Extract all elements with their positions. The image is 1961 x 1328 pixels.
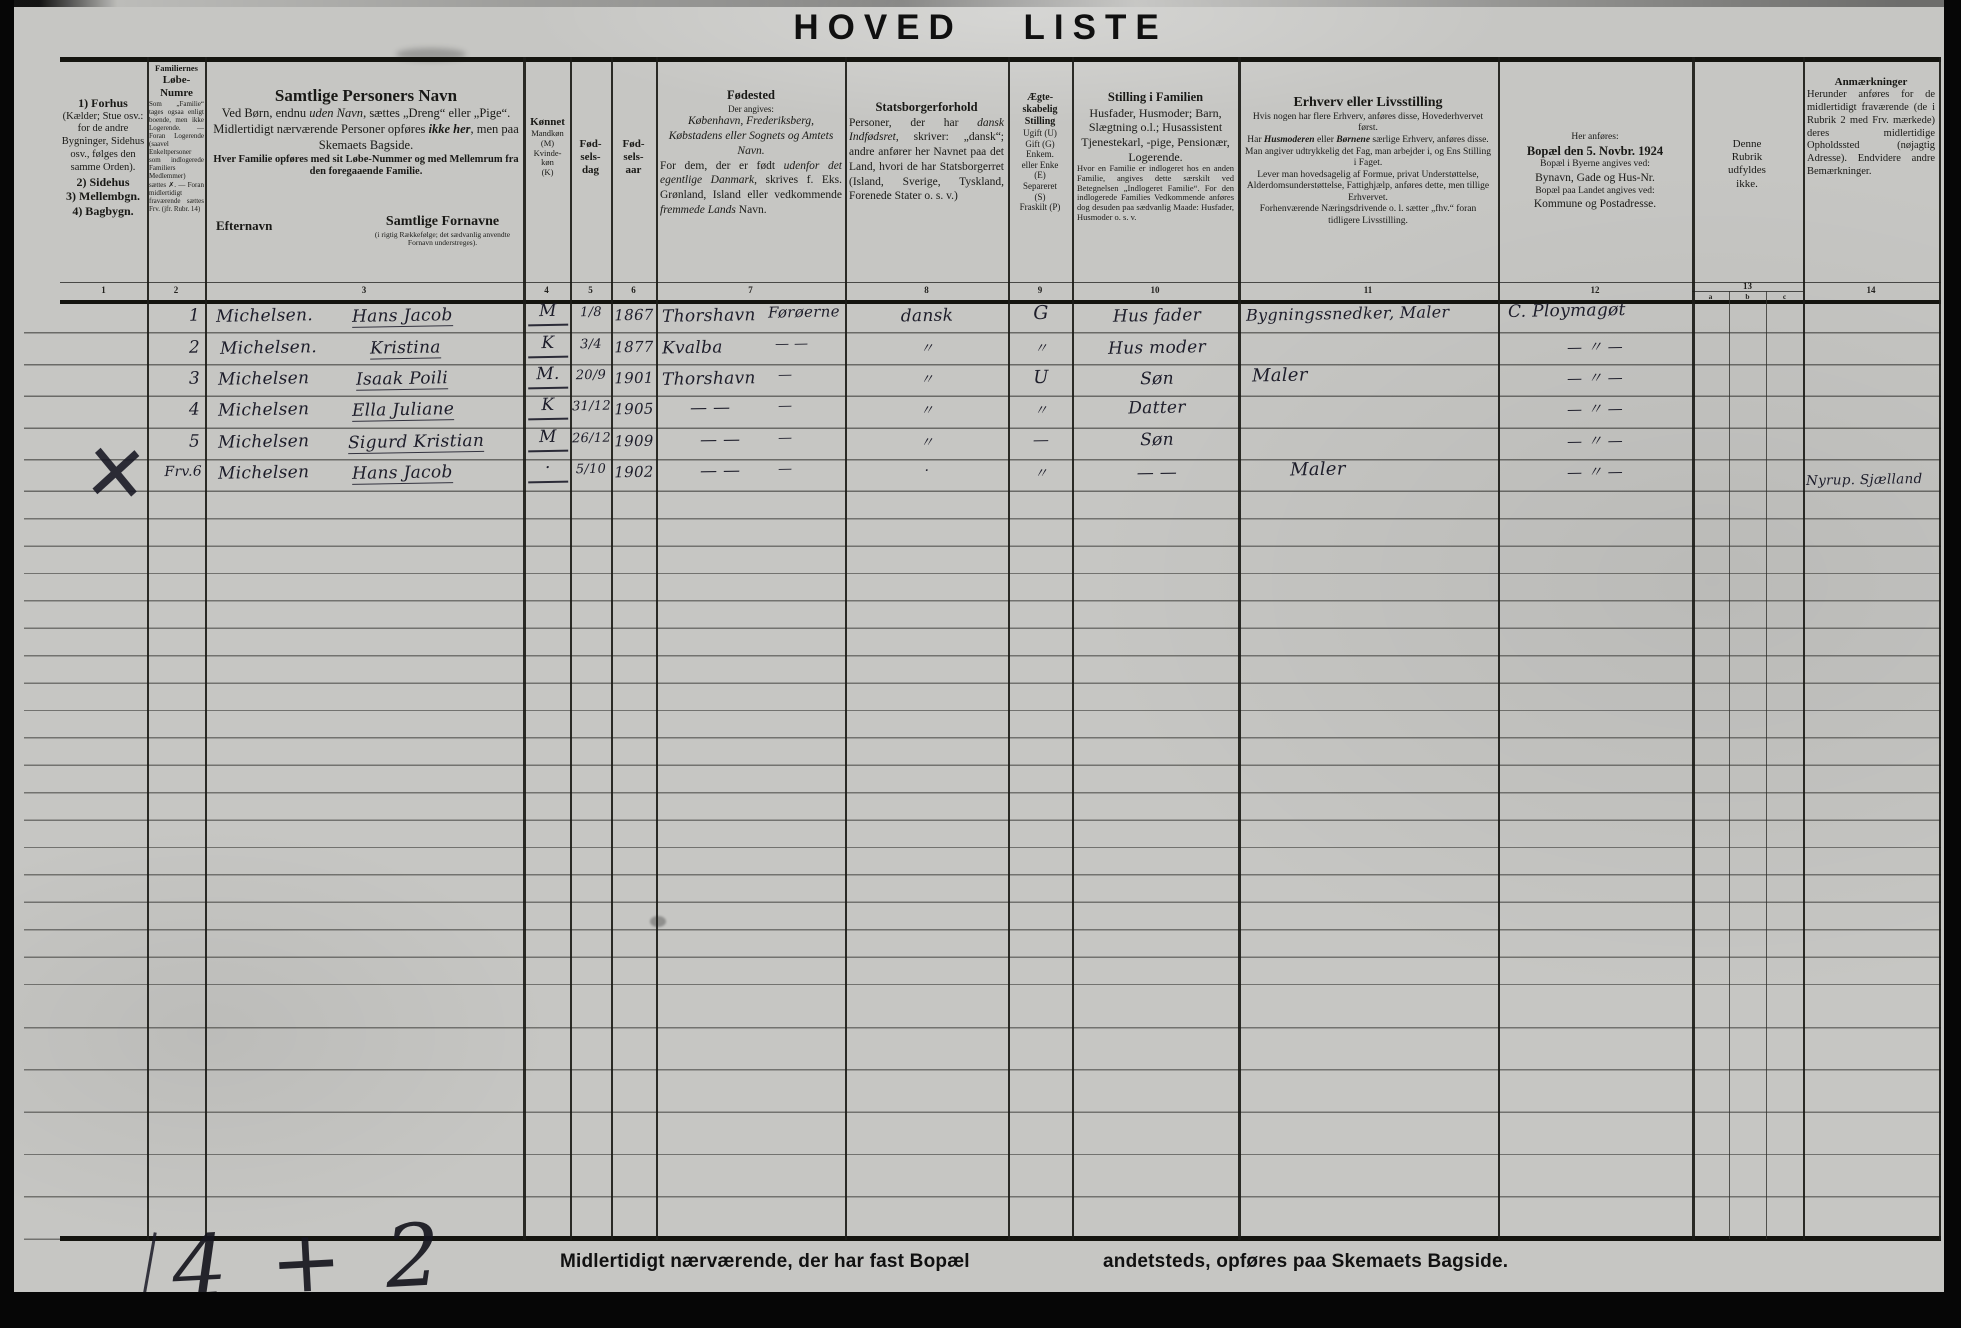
header-note: Husmoderen [1264, 135, 1315, 145]
header-note: Herunder anføres for de midlertidigt fra… [1807, 89, 1935, 179]
cell-koen: K [528, 395, 568, 421]
cell-fornavn: Isaak Poili [356, 368, 448, 391]
cell-foedested: Thorshavn [662, 305, 756, 327]
subheader-efternavn: Efternavn [216, 218, 336, 234]
cell-foedested-amt: — [778, 461, 793, 477]
header-note: Bynavn, Gade og Hus-Nr. [1503, 171, 1687, 186]
cell-stilling: Søn [1076, 429, 1238, 452]
cell-fornavn: Hans Jacob [352, 305, 453, 328]
cell-koen: M [528, 427, 568, 453]
cell-foedselsaar: 1902 [612, 463, 656, 482]
column-number: 3 [205, 285, 523, 295]
header-note: Midlertidigt nærværende Personer opføres [213, 122, 428, 136]
column-number: 5 [570, 285, 611, 295]
header-note: særlige Erhverv, anføres disse. [1370, 135, 1489, 145]
cell-aegteskabelig: G [1010, 301, 1072, 324]
header-note: fremmede Lands [660, 204, 736, 216]
cell-bopael: — 〃 — [1520, 366, 1670, 390]
table-header-rule [60, 300, 1941, 304]
header-label: Fød- [570, 138, 611, 151]
header-note: Enkem. [1011, 149, 1069, 160]
header-note: Hver Familie opføres med sit Løbe-Nummer… [212, 154, 520, 180]
table-vline [611, 57, 613, 1240]
header-note: eller Enke [1011, 160, 1069, 171]
table-vline [1498, 57, 1500, 1240]
cell-statsborger: 〃 [848, 337, 1006, 360]
table-vline [147, 57, 149, 1240]
table-vline [570, 57, 572, 1240]
header-note: Hvor en Familie er indlogeret hos en and… [1077, 164, 1234, 222]
table-vline [1008, 57, 1010, 1240]
scan-edge-bottom [0, 1292, 1961, 1328]
scan-edge-left [0, 0, 14, 1328]
header-note: Separeret [1011, 181, 1069, 192]
cell-koen: · [528, 458, 568, 484]
number-strip-rule [60, 282, 1941, 283]
header-label: Fødested [660, 88, 842, 104]
page-title: HOVED LISTE [0, 8, 1961, 48]
cell-statsborger: dansk [848, 305, 1006, 328]
table-rule-band [24, 986, 1941, 1240]
cell-statsborger: 〃 [848, 399, 1006, 422]
column-number: 14 [1803, 285, 1939, 295]
column-number: 6 [611, 285, 656, 295]
header-note: Husfader, Husmoder; Barn, Slægtning o.l.… [1077, 106, 1234, 165]
header-note: Navn. [736, 204, 767, 216]
cell-foedselsdag: 5/10 [572, 462, 610, 478]
column-number: 9 [1008, 285, 1072, 295]
col-header-anmaerkninger: Anmærkninger Herunder anføres for de mid… [1807, 76, 1935, 179]
cell-statsborger: 〃 [848, 368, 1006, 391]
cell-stilling: — — [1076, 462, 1238, 485]
header-note: (S) [1011, 192, 1069, 203]
header-label: Familiernes [149, 64, 204, 74]
header-label: Stilling i Familien [1077, 90, 1234, 106]
header-note: eller [1315, 135, 1337, 145]
header-label: Stilling [1011, 116, 1069, 128]
header-note: Som „Familie“ tages ogsaa enligt boende,… [149, 100, 204, 213]
table-vline [1939, 57, 1941, 1240]
header-note: Bopæl paa Landet angives ved: [1503, 186, 1687, 198]
header-note: Man angiver udtrykkelig det Fag, man arb… [1243, 147, 1493, 170]
cell-foedselsaar: 1867 [612, 306, 656, 325]
table-vline [1238, 57, 1241, 1240]
header-note: Personer, der har [849, 117, 977, 129]
col-header-rubrik-udfyldes-ikke: Denne Rubrik udfyldes ikke. [1697, 138, 1797, 191]
cell-aegteskabelig: 〃 [1010, 462, 1072, 483]
cell-bopael: — 〃 — [1520, 460, 1670, 484]
header-label: 2) Sidehus [60, 175, 146, 190]
table-vline [1692, 57, 1695, 1240]
column-subletter: c [1766, 292, 1803, 301]
cell-foedselsaar: 1901 [612, 369, 656, 388]
cell-efternavn: Michelsen [218, 399, 310, 421]
header-note: Lever man hovedsagelig af Formue, privat… [1243, 170, 1493, 205]
footer-note-right: andetsteds, opføres paa Skemaets Bagside… [1103, 1251, 1508, 1273]
header-label: dag [570, 164, 611, 177]
header-label: sels- [611, 151, 656, 164]
header-label: aar [611, 164, 656, 177]
header-label: skabelig [1011, 104, 1069, 116]
cell-erhverv: Bygningssnedker, Maler [1246, 302, 1450, 325]
cell-foedselsaar: 1877 [612, 338, 656, 357]
table-vline [845, 57, 847, 1240]
cell-lobenummer: Frv.6 [146, 464, 202, 481]
header-note: ikke. [1697, 178, 1797, 191]
cell-foedested-amt: Førøerne [768, 302, 840, 321]
column-number: 1 [60, 285, 147, 295]
header-note: Gift (G) [1011, 139, 1069, 150]
header-note: Rubrik [1697, 151, 1797, 164]
cell-erhverv: Maler [1252, 365, 1308, 387]
column-number: 13 [1692, 281, 1803, 291]
cell-stilling: Datter [1076, 397, 1238, 420]
header-label: Løbe-Numre [149, 74, 204, 100]
cell-anmaerkning: Nyrup. Sjælland [1806, 471, 1923, 489]
cell-statsborger: · [848, 462, 1006, 481]
header-label: Anmærkninger [1807, 76, 1935, 89]
header-label: Samtlige Personers Navn [212, 86, 520, 106]
cell-efternavn: Michelsen [218, 431, 310, 453]
header-label: Ægte- [1011, 92, 1069, 104]
cell-foedselsdag: 20/9 [572, 368, 610, 384]
header-label: Bopæl den 5. Novbr. 1924 [1503, 144, 1687, 160]
col-header-koennet: Kønnet Mandkøn (M) Kvinde- køn (K) [525, 116, 570, 178]
cell-foedested-amt: — [778, 398, 793, 414]
cell-statsborger: 〃 [848, 431, 1006, 454]
cell-lobenummer: 4 [150, 400, 200, 421]
cell-bopael: C. Ploymagøt [1508, 300, 1626, 322]
cell-foedselsaar: 1905 [612, 400, 656, 419]
header-note: Denne [1697, 138, 1797, 151]
header-note: For dem, der er født [660, 160, 784, 172]
cell-foedselsdag: 3/4 [572, 337, 610, 353]
header-note: Kommune og Postadresse. [1503, 197, 1687, 212]
cell-stilling: Hus fader [1076, 305, 1238, 328]
cell-foedselsdag: 26/12 [572, 431, 610, 447]
table-vline [523, 57, 526, 1240]
header-note: Hvis nogen har flere Erhverv, anføres di… [1243, 112, 1493, 135]
header-label: Samtlige Fornavne [365, 214, 520, 231]
col-header-lobenumre: Familiernes Løbe-Numre Som „Familie“ tag… [149, 64, 204, 213]
cell-foedselsaar: 1909 [612, 432, 656, 451]
cell-stilling: Hus moder [1076, 337, 1238, 360]
cell-bopael: — 〃 — [1520, 429, 1670, 453]
column-number: 12 [1498, 285, 1692, 295]
header-label: Statsborgerforhold [849, 100, 1004, 116]
cell-fornavn: Sigurd Kristian [348, 431, 485, 454]
column-number: 4 [523, 285, 570, 295]
col-header-statsborgerforhold: Statsborgerforhold Personer, der har dan… [849, 100, 1004, 204]
cell-foedested: Kvalba [662, 337, 723, 358]
cell-aegteskabelig: 〃 [1010, 399, 1072, 420]
cell-foedselsdag: 31/12 [572, 399, 610, 415]
col-header-navn: Samtlige Personers Navn Ved Børn, endnu … [212, 86, 520, 179]
cell-foedested: — — [700, 461, 741, 482]
cell-aegteskabelig: 〃 [1010, 337, 1072, 358]
cell-bopael: — 〃 — [1520, 335, 1670, 359]
col-header-foedested: Fødested Der angives: København, Frederi… [660, 88, 842, 217]
cell-foedselsdag: 1/8 [572, 305, 610, 321]
header-note: (K) [525, 168, 570, 178]
header-note: , sættes „Dreng“ eller „Pige“. [363, 106, 510, 120]
cell-foedested: — — [700, 430, 741, 451]
header-note: Fraskilt (P) [1011, 202, 1069, 213]
cell-koen: K [528, 333, 568, 359]
scan-edge-right [1944, 0, 1961, 1328]
col-header-building: 1) Forhus (Kælder; Stue osv.: for de and… [60, 96, 146, 218]
column-subletter: b [1729, 292, 1766, 301]
scan-edge-top [0, 0, 1961, 7]
table-vline [656, 57, 658, 1240]
column-number: 10 [1072, 285, 1238, 295]
cell-stilling: Søn [1076, 368, 1238, 391]
col-header-aegteskabelig: Ægte- skabelig Stilling Ugift (U) Gift (… [1011, 92, 1069, 213]
table-rule-band [24, 492, 1941, 986]
cell-foedested-amt: — — [775, 336, 809, 353]
cell-koen: M [528, 301, 568, 327]
col-header-bopael: Her anføres: Bopæl den 5. Novbr. 1924 Bo… [1503, 132, 1687, 212]
cell-koen: M. [528, 364, 568, 390]
header-label: 1) Forhus [60, 96, 146, 111]
col-header-foedselsaar: Fød- sels- aar [611, 138, 656, 178]
column-number: 7 [656, 285, 845, 295]
header-label: 4) Bagbygn. [60, 204, 146, 219]
cell-foedested-amt: — [778, 367, 793, 383]
header-note: (i rigtig Rækkefølge; det sædvanlig anve… [365, 231, 520, 248]
cell-lobenummer: 1 [150, 306, 200, 327]
cell-efternavn: Michelsen. [220, 337, 317, 359]
header-note: København, Frederiksberg, Købstadens ell… [660, 114, 842, 158]
header-note: Her anføres: [1503, 132, 1687, 144]
frv-cross-mark: ✕ [81, 432, 150, 516]
column-number: 11 [1238, 285, 1498, 295]
header-note: Ved Børn, endnu [222, 106, 310, 120]
col13-sub-vline [1729, 291, 1730, 1239]
header-note: Der angives: [660, 104, 842, 115]
header-label: 3) Mellembgn. [60, 189, 146, 204]
header-note: Bopæl i Byerne angives ved: [1503, 159, 1687, 171]
cell-lobenummer: 3 [150, 369, 200, 390]
table-top-rule [60, 57, 1941, 62]
cell-lobenummer: 2 [150, 338, 200, 359]
header-note: udfyldes [1697, 164, 1797, 177]
column-number: 8 [845, 285, 1008, 295]
header-note: Børnene [1336, 135, 1370, 145]
footer-note-left: Midlertidigt nærværende, der har fast Bo… [560, 1251, 970, 1273]
table-vline [1072, 57, 1074, 1240]
cell-foedested-amt: — [778, 430, 793, 446]
cell-aegteskabelig: — [1010, 429, 1072, 449]
column-number: 2 [147, 285, 205, 295]
col-header-erhverv: Erhverv eller Livsstilling Hvis nogen ha… [1243, 95, 1493, 228]
col13-sub-vline [1766, 291, 1767, 1239]
header-note: uden Navn [309, 106, 363, 120]
col-header-stilling: Stilling i Familien Husfader, Husmoder; … [1077, 90, 1234, 222]
cell-foedested: — — [690, 398, 731, 419]
header-note: Forhenværende Næringsdrivende o. l. sætt… [1243, 204, 1493, 227]
cell-efternavn: Michelsen [218, 368, 310, 390]
cell-fornavn: Hans Jacob [352, 462, 453, 485]
header-label: Fød- [611, 138, 656, 151]
table-vline [1803, 57, 1805, 1240]
scanned-census-sheet: HOVED LISTE 1) Forhus (Kælder; Stue osv.… [0, 0, 1961, 1328]
cell-aegteskabelig: U [1010, 366, 1072, 388]
cell-bopael: — 〃 — [1520, 397, 1670, 421]
header-note: ikke her [428, 122, 470, 136]
header-label: Erhverv eller Livsstilling [1243, 95, 1493, 112]
header-note: Har [1247, 135, 1264, 145]
cell-fornavn: Kristina [370, 337, 441, 359]
header-note: (E) [1011, 170, 1069, 181]
column-subletter: a [1692, 292, 1729, 301]
cell-lobenummer: 5 [150, 432, 200, 453]
col-header-foedselsdag: Fød- sels- dag [570, 138, 611, 178]
cell-erhverv: Maler [1290, 459, 1346, 481]
cell-efternavn: Michelsen. [216, 305, 313, 327]
cell-foedested: Thorshavn [662, 368, 756, 390]
header-note: (Kælder; Stue osv.: for de andre Bygning… [60, 111, 146, 175]
cell-efternavn: Michelsen [218, 462, 310, 484]
table-vline [205, 57, 207, 1240]
cell-fornavn: Ella Juliane [352, 399, 455, 422]
header-label: sels- [570, 151, 611, 164]
subheader-fornavne: Samtlige Fornavne (i rigtig Rækkefølge; … [365, 214, 520, 248]
header-note: Ugift (U) [1011, 128, 1069, 139]
